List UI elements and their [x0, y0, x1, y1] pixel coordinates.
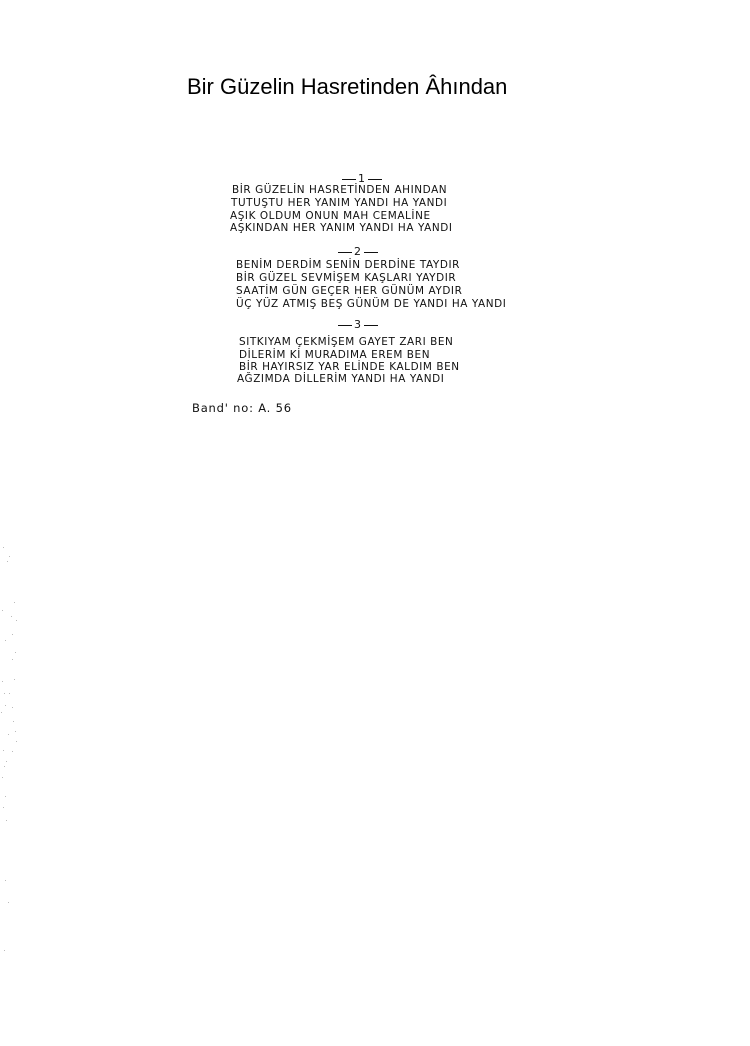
lyric-line: BİR GÜZELİN HASRETİNDEN AHINDAN — [232, 184, 447, 196]
lyric-line: SITKIYAM ÇEKMİŞEM GAYET ZARI BEN — [239, 336, 453, 348]
scan-noise — [0, 530, 18, 1030]
verse-number-text: 3 — [354, 318, 362, 331]
verse-number: 3 — [336, 318, 380, 331]
verse-number: 2 — [336, 245, 380, 258]
band-number: Band' no: A. 56 — [192, 401, 292, 415]
verse-number-text: 2 — [354, 245, 362, 258]
lyric-line: TUTUŞTU HER YANIM YANDI HA YANDI — [231, 197, 447, 209]
lyric-line: AĞZIMDA DİLLERİM YANDI HA YANDI — [237, 373, 444, 385]
lyric-line: SAATİM GÜN GEÇER HER GÜNÜM AYDIR — [236, 285, 462, 297]
lyric-line: BENİM DERDİM SENİN DERDİNE TAYDIR — [236, 259, 460, 271]
lyric-line: ÜÇ YÜZ ATMIŞ BEŞ GÜNÜM DE YANDI HA YANDI — [236, 298, 506, 310]
scanned-lyrics-sheet: 1 BİR GÜZELİN HASRETİNDEN AHINDAN TUTUŞT… — [0, 0, 750, 1046]
lyric-line: AŞKINDAN HER YANIM YANDI HA YANDI — [230, 222, 452, 234]
lyric-line: BİR GÜZEL SEVMİŞEM KAŞLARI YAYDIR — [236, 272, 456, 284]
